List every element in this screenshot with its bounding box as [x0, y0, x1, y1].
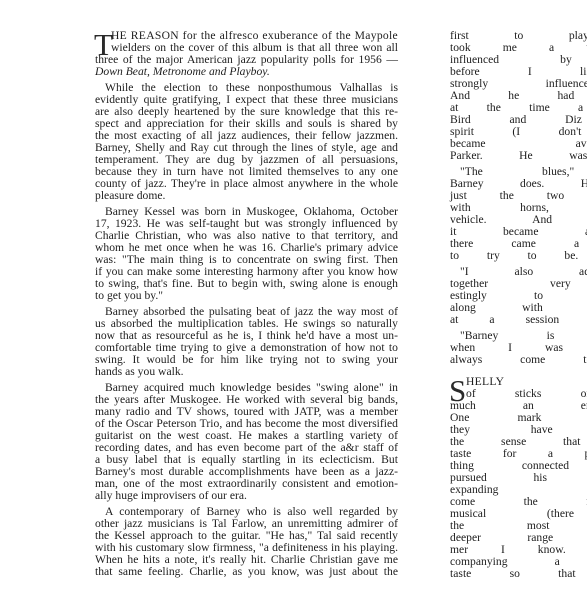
paragraph-shelly-manne: S HELLY MANNE might of sticks or a manua…	[450, 376, 587, 580]
paragraph-knowledge: Barney acquired much knowledge besides "…	[95, 382, 398, 502]
right-text-column: first to play single-string gui took me …	[450, 30, 587, 584]
text-line: at a session who goes on and	[450, 314, 587, 326]
text-line: pleasure dome.	[95, 190, 398, 202]
text-line-magazines: Down Beat, Metronome and Playboy.	[95, 66, 398, 78]
text-line: that same feeling. Charlie, as you know,…	[95, 566, 398, 578]
text-line: to get you by."	[95, 290, 398, 302]
paragraph-guitar: "Barney is such a guitar when I was on t…	[450, 330, 587, 366]
text-line: taste so that he can provide	[450, 568, 587, 580]
liner-notes-page: T HE REASON for the alfresco exuberance …	[0, 0, 587, 599]
drop-cap-s: S	[449, 378, 466, 404]
paragraph-swing: Barney absorbed the pulsating beat of ja…	[95, 306, 398, 378]
text-line: Parker. He was modern all th	[450, 150, 587, 162]
paragraph-tal-quote-continued: first to play single-string gui took me …	[450, 30, 587, 162]
paragraph-election: While the election to these nonposthumou…	[95, 82, 398, 202]
paragraph-intro: T HE REASON for the alfresco exuberance …	[95, 30, 398, 78]
paragraph-kessel-born: Barney Kessel was born in Muskogee, Okla…	[95, 206, 398, 302]
drop-cap-t: T	[94, 32, 113, 58]
text-line: to try to be. But that's old st	[450, 250, 587, 262]
text-line: ally huge improvisers of our era.	[95, 490, 398, 502]
paragraph-also-admire: "I also admire," Tal added together very…	[450, 266, 587, 326]
left-text-column: T HE REASON for the alfresco exuberance …	[95, 30, 398, 582]
paragraph-blues: "The blues," continued Tal Barney does. …	[450, 166, 587, 262]
text-line: hands as you walk.	[95, 366, 398, 378]
text-line: always come to the door wi	[450, 354, 587, 366]
paragraph-tal-farlow: A contemporary of Barney who is also wel…	[95, 506, 398, 578]
